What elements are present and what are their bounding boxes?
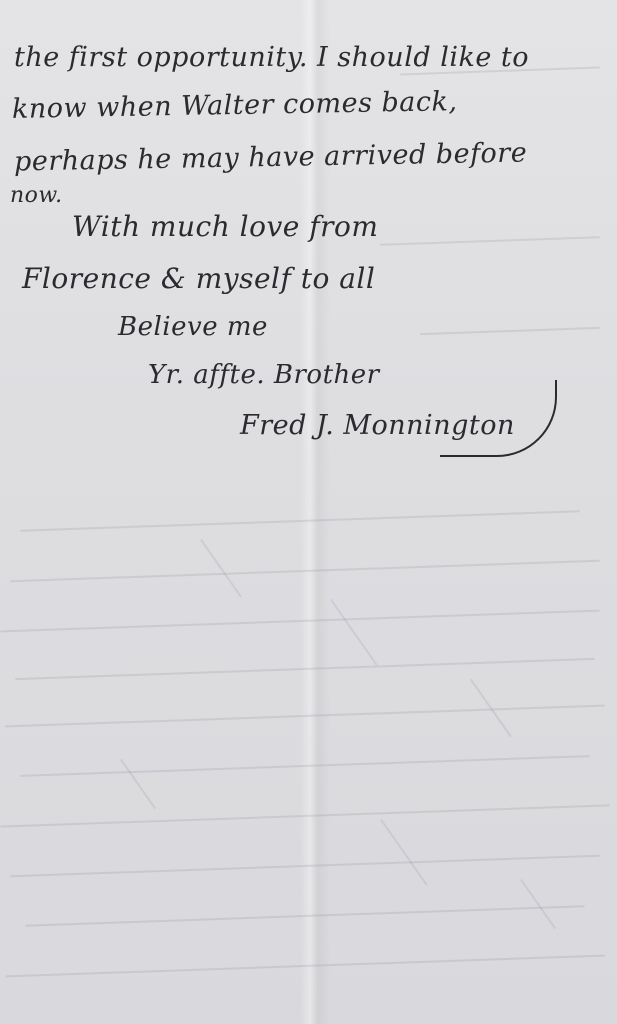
letter-line-4: now. (10, 183, 63, 208)
letter-page: the first opportunity. I should like to … (0, 0, 617, 1024)
signature-flourish (440, 380, 557, 457)
letter-line-1: the first opportunity. I should like to (14, 42, 529, 73)
valediction-line-2: Florence & myself to all (22, 262, 375, 295)
relation-line: Yr. affte. Brother (148, 360, 380, 390)
letter-line-3: perhaps he may have arrived before (14, 138, 528, 178)
believe-me: Believe me (118, 312, 268, 342)
valediction-line-1: With much love from (72, 210, 378, 243)
letter-line-2: know when Walter comes back, (12, 86, 458, 125)
